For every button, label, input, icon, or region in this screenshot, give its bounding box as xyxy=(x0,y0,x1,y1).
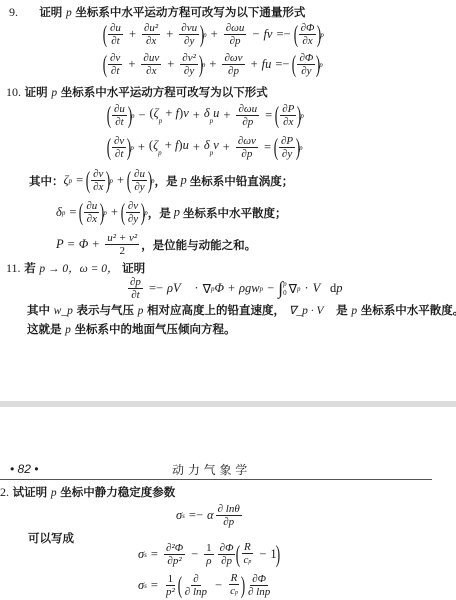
problem-11-note-1: 其中 w_p 表示与气压 p 相对应高度上的铅直速度， ∇_p · V⃗ 是 p… xyxy=(27,302,456,318)
P-definition: P=Φ+ u² + v²2 ，是位能与动能之和。 xyxy=(56,232,256,257)
equation-9-1: ( ∂u∂t+ ∂u²∂x+ ∂vu∂y )p+ ∂ωu∂p−fv=− (∂Φ∂… xyxy=(104,22,324,47)
delta-definition: δp= (∂u∂x)p+ (∂v∂y)p ，是 p 坐标系中水平散度； xyxy=(56,200,286,225)
equation-10-2: (∂v∂t)p +(ζp + f)u+ δpv+ ∂ωv∂p= (∂P∂y)p xyxy=(108,135,303,160)
problem-9-heading: 9. 证明 p 坐标系中水平运动方程可改写为以下通量形式 xyxy=(9,4,305,20)
problem-11-note-2: 这就是 p 坐标系中的地面气压倾向方程。 xyxy=(27,321,236,337)
sigma-equation-3: σs= 1p² (∂∂ lnp− Rcp) ∂Φ∂ lnp xyxy=(138,572,274,599)
header-rule xyxy=(0,479,432,480)
equation-10-1: (∂u∂t)p −(ζp + f)v+ δpu+ ∂ωu∂p= (∂P∂x)p xyxy=(108,103,304,128)
running-header-title: 动 力 气 象 学 xyxy=(172,461,247,478)
sigma-equation-2: σs= ∂²Φ∂p²− 1ρ ∂Φ∂p (Rcp−1) xyxy=(138,541,279,568)
equation-11: ∂p∂t =−ρV⃗·∇pΦ +ρgwp− ∫p0 ∇p·V⃗dp xyxy=(126,276,343,301)
sigma-equation-1: σs=−α ∂ lnθ∂p xyxy=(176,503,244,528)
can-write-as: 可以写成 xyxy=(28,530,74,546)
problem-number: 9. xyxy=(9,5,18,19)
page-number: • 82 • xyxy=(10,462,38,476)
top-page: 9. 证明 p 坐标系中水平运动方程可改写为以下通量形式 ( ∂u∂t+ ∂u²… xyxy=(0,0,456,401)
problem-12-heading: 2. 试证明 p 坐标中静力稳定度参数 xyxy=(0,484,175,500)
equation-9-2: ( ∂v∂t+ ∂uv∂x+ ∂v²∂y )p+ ∂ωv∂p+fu=− (∂Φ∂… xyxy=(104,52,323,77)
zeta-definition: 其中： ζp= (∂v∂x)p+ (∂u∂y)p ，是 p 坐标系中铅直涡度； xyxy=(29,168,293,193)
problem-10-heading: 10. 证明 p 坐标系中水平运动方程可改写为以下形式 xyxy=(6,84,268,100)
problem-11-heading: 11. 若 p → 0，ω = 0， 证明 xyxy=(6,260,145,276)
